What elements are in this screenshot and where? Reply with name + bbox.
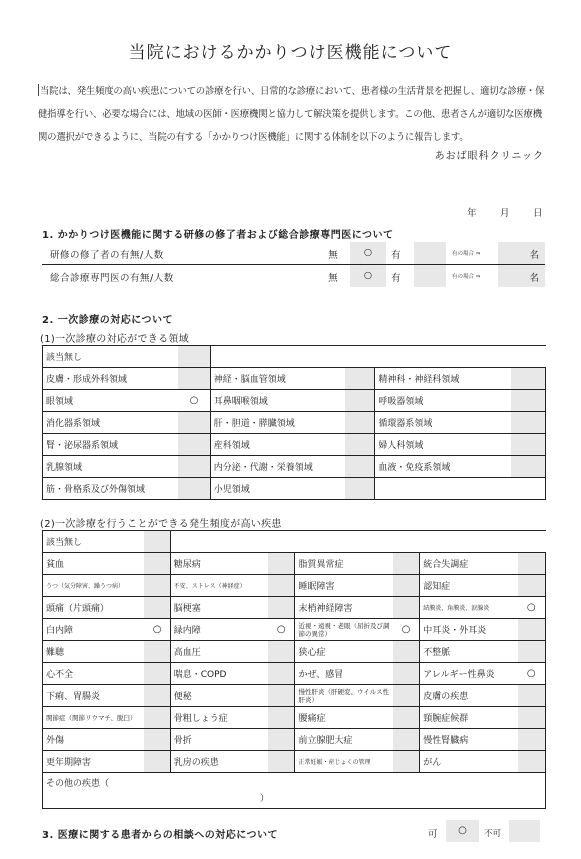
none-label: 該当無し (43, 346, 179, 368)
disease-label: 統合失調症 (420, 553, 518, 575)
disease-label: 中耳炎・外耳炎 (420, 619, 518, 641)
other-diseases-field[interactable]: その他の疾患（ ） (43, 773, 546, 809)
table-row: うつ（気分障害、躁うつ病） 不安、ストレス（神経症） 睡眠障害 認知症 (43, 575, 546, 597)
table-row: 下痢、胃腸炎 便秘 慢性肝炎（肝硬変、ウイルス性肝炎） 皮膚の疾患 (43, 685, 546, 707)
disease-checkbox[interactable] (518, 553, 546, 575)
disease-checkbox[interactable] (518, 729, 546, 751)
area-checkbox[interactable] (178, 456, 210, 478)
area-label: 皮膚・形成外科領域 (43, 368, 179, 390)
disease-label: がん (420, 751, 518, 773)
disease-checkbox[interactable] (518, 575, 546, 597)
disease-checkbox[interactable] (518, 751, 546, 773)
area-checkbox[interactable] (511, 390, 546, 412)
disease-label: 認知症 (420, 575, 518, 597)
area-checkbox[interactable] (345, 368, 375, 390)
disease-checkbox[interactable] (393, 597, 420, 619)
disease-label: 関節症（関節リウマチ、脱臼） (43, 707, 145, 729)
disease-label: 難聴 (43, 641, 145, 663)
area-label: 筋・骨格系及び外傷領域 (43, 478, 179, 500)
disease-checkbox[interactable] (268, 751, 295, 773)
disease-label: 脳梗塞 (170, 597, 268, 619)
empty-cell (210, 346, 545, 368)
none-checkbox[interactable] (144, 531, 170, 553)
table-row: 頭痛（片頭痛） 脳梗塞 末梢神経障害 結膜炎、角膜炎、涙腺炎○ (43, 597, 546, 619)
area-label: 精神科・神経科領域 (375, 368, 511, 390)
disease-checkbox[interactable] (144, 553, 170, 575)
area-label: 神経・脳血管領域 (210, 368, 345, 390)
intro-text: 当院は、発生頻度の高い疾患についての診療を行い、日常的な診療において、患者様の生… (38, 86, 544, 143)
diseases-table: 該当無し 貧血 糖尿病 脂質異常症 統合失調症 うつ（気分障害、躁うつ病） 不安… (42, 530, 546, 809)
other-diseases-close: ） (260, 791, 269, 804)
disease-checkbox[interactable] (268, 597, 295, 619)
table-row-other: その他の疾患（ ） (43, 773, 546, 809)
disease-label: 睡眠障害 (295, 575, 393, 597)
table-row: 該当無し (43, 531, 546, 553)
disease-checkbox[interactable] (144, 641, 170, 663)
table-row: 外傷 骨折 前立腺肥大症 慢性腎臓病 (43, 729, 546, 751)
disease-checkbox[interactable]: ○ (518, 597, 546, 619)
table-row: 関節症（関節リウマチ、脱臼） 骨粗しょう症 腰痛症 頸腕症候群 (43, 707, 546, 729)
table-row: 腎・泌尿器系領域 産科領域 婦人科領域 (43, 434, 546, 456)
table-row: 更年期障害 乳房の疾患 正常妊娠・産じょくの管理 がん (43, 751, 546, 773)
area-checkbox[interactable] (345, 390, 375, 412)
areas-table: 該当無し 皮膚・形成外科領域 神経・脳血管領域 精神科・神経科領域 眼領域○ 耳… (42, 345, 546, 500)
area-label: 呼吸器領域 (375, 390, 511, 412)
disease-checkbox[interactable] (518, 707, 546, 729)
disease-label: 慢性腎臓病 (420, 729, 518, 751)
consult-no-label: 不可 (484, 827, 501, 839)
disease-label: 骨粗しょう症 (170, 707, 268, 729)
disease-checkbox[interactable] (268, 663, 295, 685)
disease-checkbox[interactable]: ○ (144, 619, 170, 641)
disease-checkbox[interactable] (518, 641, 546, 663)
section1-row-training: 研修の修了者の有無/人数 無 ○ 有 有の場合 ⇒ 名 (42, 242, 545, 264)
disease-label: 骨折 (170, 729, 268, 751)
date-year-label[interactable]: 年 (467, 205, 477, 219)
disease-label: 正常妊娠・産じょくの管理 (295, 751, 393, 773)
text-cursor (38, 84, 39, 96)
section1-heading: 1. かかりつけ医機能に関する研修の修了者および総合診療専門医について (42, 226, 394, 241)
disease-checkbox[interactable] (518, 619, 546, 641)
area-checkbox[interactable] (345, 478, 375, 500)
none-label: 無 (323, 270, 343, 284)
consult-yes-checkbox[interactable]: ○ (446, 820, 479, 842)
yes-checkbox[interactable] (414, 242, 446, 264)
disease-checkbox[interactable] (518, 685, 546, 707)
consult-no-checkbox[interactable] (509, 820, 540, 842)
row-label: 研修の修了者の有無/人数 (50, 247, 164, 261)
disease-checkbox[interactable] (268, 641, 295, 663)
area-label: 内分泌・代謝・栄養領域 (210, 456, 345, 478)
disease-checkbox[interactable] (144, 597, 170, 619)
disease-label: 緑内障 (170, 619, 268, 641)
area-checkbox[interactable] (178, 368, 210, 390)
area-checkbox[interactable] (178, 478, 210, 500)
disease-checkbox[interactable] (393, 553, 420, 575)
area-label: 循環器系領域 (375, 412, 511, 434)
none-label: 該当無し (43, 531, 145, 553)
area-checkbox[interactable] (178, 434, 210, 456)
area-label: 消化器系領域 (43, 412, 179, 434)
disease-checkbox[interactable] (144, 751, 170, 773)
disease-label: 不整脈 (420, 641, 518, 663)
table-row: 皮膚・形成外科領域 神経・脳血管領域 精神科・神経科領域 (43, 368, 546, 390)
area-label: 乳腺領域 (43, 456, 179, 478)
disease-checkbox[interactable] (144, 575, 170, 597)
area-checkbox[interactable] (511, 456, 546, 478)
disease-checkbox[interactable] (268, 575, 295, 597)
disease-label: 下痢、胃腸炎 (43, 685, 145, 707)
disease-checkbox[interactable] (268, 707, 295, 729)
unit-label: 名 (529, 270, 539, 284)
area-label: 腎・泌尿器系領域 (43, 434, 179, 456)
disease-label: 慢性肝炎（肝硬変、ウイルス性肝炎） (295, 685, 393, 707)
yes-label: 有 (391, 270, 401, 284)
table-row: 該当無し (43, 346, 546, 368)
area-label: 血液・免疫系領域 (375, 456, 511, 478)
disease-checkbox[interactable] (144, 685, 170, 707)
area-checkbox[interactable] (511, 412, 546, 434)
area-label: 産科領域 (210, 434, 345, 456)
disease-checkbox[interactable] (144, 729, 170, 751)
table-row: 消化器系領域 肝・胆道・膵臓領域 循環器系領域 (43, 412, 546, 434)
area-checkbox[interactable] (345, 412, 375, 434)
if-yes-note: 有の場合 ⇒ (452, 249, 480, 257)
table-row: 難聴 高血圧 狭心症 不整脈 (43, 641, 546, 663)
table-row: 眼領域○ 耳鼻咽喉領域 呼吸器領域 (43, 390, 546, 412)
disease-label: 白内障 (43, 619, 145, 641)
disease-checkbox[interactable] (393, 641, 420, 663)
area-label: 眼領域 (43, 390, 179, 412)
disease-label: 結膜炎、角膜炎、涙腺炎 (420, 597, 518, 619)
none-checkbox[interactable]: ○ (350, 265, 386, 287)
disease-checkbox[interactable] (268, 729, 295, 751)
area-checkbox[interactable] (511, 368, 546, 390)
disease-checkbox[interactable] (393, 575, 420, 597)
disease-checkbox[interactable] (393, 707, 420, 729)
yes-label: 有 (391, 247, 401, 261)
disease-checkbox[interactable]: ○ (393, 619, 420, 641)
disease-checkbox[interactable] (393, 729, 420, 751)
section1-row-specialist: 総合診療専門医の有無/人数 無 ○ 有 有の場合 ⇒ 名 (42, 265, 545, 287)
disease-label: かぜ、感冒 (295, 663, 393, 685)
disease-checkbox[interactable] (393, 663, 420, 685)
empty-cell (170, 531, 545, 553)
clinic-name: あおば眼科クリニック (435, 147, 544, 162)
disease-label: 外傷 (43, 729, 145, 751)
if-yes-note: 有の場合 ⇒ (452, 272, 480, 280)
disease-checkbox[interactable] (144, 663, 170, 685)
disease-label: 高血圧 (170, 641, 268, 663)
consult-yes-label: 可 (428, 826, 438, 840)
disease-checkbox[interactable] (268, 553, 295, 575)
none-checkbox[interactable]: ○ (350, 242, 386, 264)
area-label: 耳鼻咽喉領域 (210, 390, 345, 412)
area-checkbox[interactable] (178, 412, 210, 434)
section3-heading: 3. 医療に関する患者からの相談への対応について (42, 826, 278, 841)
sub2-heading: (2)一次診療を行うことができる発生頻度が高い疾患 (40, 515, 282, 530)
unit-label: 名 (529, 247, 539, 261)
disease-label: 不安、ストレス（神経症） (170, 575, 268, 597)
disease-checkbox[interactable] (393, 685, 420, 707)
intro-paragraph: 当院は、発生頻度の高い疾患についての診療を行い、日常的な診療において、患者様の生… (38, 80, 548, 149)
disease-label: 脂質異常症 (295, 553, 393, 575)
sub1-heading: (1)一次診療の対応ができる領域 (40, 330, 189, 345)
date-day-label[interactable]: 日 (533, 205, 543, 219)
area-label: 肝・胆道・膵臓領域 (210, 412, 345, 434)
page-title: 当院におけるかかりつけ医機能について (0, 38, 581, 63)
disease-checkbox[interactable] (144, 707, 170, 729)
disease-label: 喘息・COPD (170, 663, 268, 685)
yes-checkbox[interactable] (414, 265, 446, 287)
date-month-label[interactable]: 月 (500, 205, 510, 219)
disease-label: 糖尿病 (170, 553, 268, 575)
row-label: 総合診療専門医の有無/人数 (50, 270, 174, 284)
disease-label: アレルギー性鼻炎 (420, 663, 518, 685)
disease-label: 心不全 (43, 663, 145, 685)
disease-label: 頸腕症候群 (420, 707, 518, 729)
table-row: 心不全 喘息・COPD かぜ、感冒 アレルギー性鼻炎○ (43, 663, 546, 685)
disease-label: 皮膚の疾患 (420, 685, 518, 707)
disease-label: 腰痛症 (295, 707, 393, 729)
area-checkbox[interactable] (345, 434, 375, 456)
disease-checkbox[interactable]: ○ (518, 663, 546, 685)
disease-checkbox[interactable] (393, 751, 420, 773)
area-checkbox[interactable] (345, 456, 375, 478)
disease-label: 貧血 (43, 553, 145, 575)
other-diseases-label: その他の疾患（ (46, 779, 109, 789)
disease-label: 近視・遠視・老眼（屈折及び調節の異常） (295, 619, 393, 641)
disease-label: 更年期障害 (43, 751, 145, 773)
disease-label: 乳房の疾患 (170, 751, 268, 773)
table-row: 貧血 糖尿病 脂質異常症 統合失調症 (43, 553, 546, 575)
disease-checkbox[interactable]: ○ (268, 619, 295, 641)
none-label: 無 (323, 247, 343, 261)
disease-checkbox[interactable] (268, 685, 295, 707)
disease-label: 狭心症 (295, 641, 393, 663)
disease-label: 頭痛（片頭痛） (43, 597, 145, 619)
disease-label: 末梢神経障害 (295, 597, 393, 619)
table-row: 筋・骨格系及び外傷領域 小児領域 (43, 478, 546, 500)
area-label: 婦人科領域 (375, 434, 511, 456)
table-row: 白内障○ 緑内障○ 近視・遠視・老眼（屈折及び調節の異常）○ 中耳炎・外耳炎 (43, 619, 546, 641)
empty-cell (375, 478, 546, 500)
disease-label: 便秘 (170, 685, 268, 707)
area-checkbox[interactable]: ○ (178, 390, 210, 412)
table-row: 乳腺領域 内分泌・代謝・栄養領域 血液・免疫系領域 (43, 456, 546, 478)
disease-label: うつ（気分障害、躁うつ病） (43, 575, 145, 597)
none-checkbox[interactable] (178, 346, 210, 368)
section2-heading: 2. 一次診療の対応について (42, 311, 173, 326)
area-label: 小児領域 (210, 478, 345, 500)
area-checkbox[interactable] (511, 434, 546, 456)
disease-label: 前立腺肥大症 (295, 729, 393, 751)
